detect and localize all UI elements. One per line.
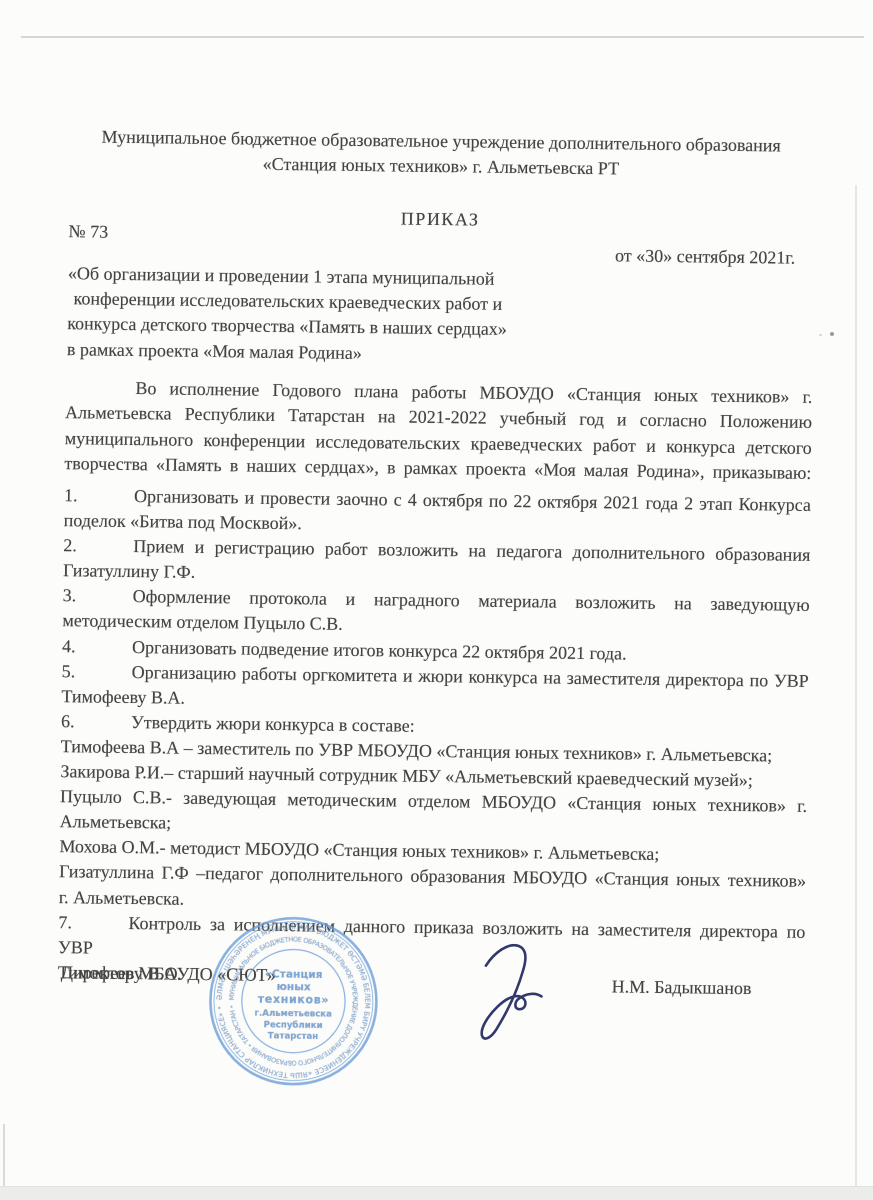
item-number: 4. xyxy=(62,634,132,660)
order-date: от «30» сентября 2021г. xyxy=(615,245,795,268)
item-text: Утвердить жюри конкурса в составе: xyxy=(131,712,415,736)
seal-center-line: г.Альметьевска xyxy=(254,1009,332,1020)
scanned-order-document: Муниципальное бюджетное образовательное … xyxy=(0,0,873,1200)
item-number: 7. xyxy=(58,910,128,936)
item-text: Организовать подведение итогов конкурса … xyxy=(132,637,627,663)
document-page: Муниципальное бюджетное образовательное … xyxy=(0,0,873,1200)
item-number: 1. xyxy=(64,483,134,509)
item-number: 3. xyxy=(63,583,133,609)
scan-top-edge-line xyxy=(21,36,864,38)
scan-speck xyxy=(830,332,834,336)
order-number: № 73 xyxy=(68,221,108,243)
scan-bottom-edge-band xyxy=(0,1186,873,1200)
order-items-list: 1.Организовать и провести заочно с 4 окт… xyxy=(58,483,812,995)
signer-name: Н.М. Бадыкшанов xyxy=(612,976,752,999)
order-title: ПРИКАЗ xyxy=(4,203,873,235)
seal-center-line: техников» xyxy=(258,993,330,1007)
order-preamble: Во исполнение Годового плана работы МБОУ… xyxy=(64,375,812,486)
item-number: 6. xyxy=(61,709,131,735)
order-subject-block: «Об организации и проведении 1 этапа мун… xyxy=(67,261,508,368)
scan-right-edge-line xyxy=(855,185,857,1190)
seal-center-line: Республики xyxy=(264,1019,323,1031)
scan-left-edge-line xyxy=(3,1124,5,1186)
director-signature-label: Директор МБОУДО «СЮТ» xyxy=(61,962,276,986)
item-number: 5. xyxy=(62,659,132,685)
scan-speck xyxy=(819,334,822,336)
item-text: Контроль за исполнением данного приказа … xyxy=(58,913,806,958)
seal-center-line: Татарстан xyxy=(268,1031,319,1042)
item-number: 2. xyxy=(63,533,133,559)
